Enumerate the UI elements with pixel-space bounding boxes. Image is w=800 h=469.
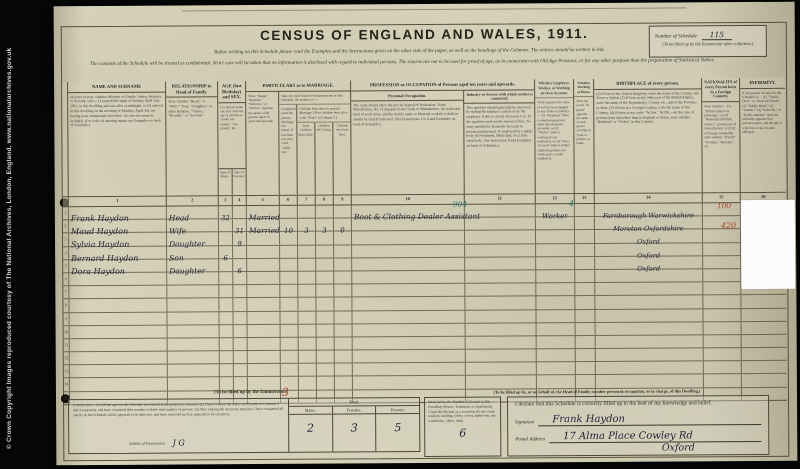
cell-children_died (334, 285, 352, 297)
cell-name (69, 312, 167, 325)
cell-age_f (234, 378, 248, 390)
cell-children_living (316, 232, 334, 244)
initials-label: Initials of Enumerator. (129, 441, 165, 446)
cell-age_f (234, 325, 248, 337)
cell-children_died (335, 377, 353, 389)
cell-name (70, 365, 168, 378)
cell-age_m (219, 298, 233, 310)
column-employment-title: Whether Employer, Worker, or Working on … (535, 79, 573, 99)
employment-code-annotation: 4 (569, 199, 574, 208)
cell-years_married (281, 324, 299, 336)
cell-infirmity (742, 335, 787, 347)
cell-age_f (233, 206, 247, 218)
cell-name (70, 325, 168, 338)
cell-children_living (316, 258, 334, 270)
cell-children_died (334, 258, 352, 270)
cell-at_home (576, 336, 596, 348)
cell-age_m (219, 259, 233, 271)
column-name-body: of every Person, whether Member of Famil… (68, 92, 165, 130)
cell-name (70, 338, 168, 351)
totals-females-label: Females. (333, 406, 377, 414)
cell-age_m: 32 (219, 206, 233, 218)
cell-name: Sylvia Haydon (69, 233, 167, 246)
cell-birthplace: Oxford (595, 243, 703, 256)
copyright-notice: © Crown Copyright Images reproduced cour… (6, 19, 18, 449)
cell-age_f (233, 285, 247, 297)
column-children-living: Children still Living. (315, 123, 333, 195)
cell-at_home (575, 296, 595, 308)
cell-name: Maud Haydon (69, 220, 167, 233)
cell-industry (466, 376, 537, 389)
cell-nationality (703, 229, 741, 241)
column-birthplace: BIRTHPLACE of every person. (1) If born … (594, 78, 703, 193)
cell-nationality (703, 269, 741, 281)
cell-at_home (575, 204, 595, 216)
cell-children_died (334, 271, 352, 283)
column-number: 11 (465, 194, 536, 203)
cell-children_died (335, 364, 353, 376)
cell-birthplace: Oxford (595, 256, 703, 269)
totals-values: 2 3 5 (289, 414, 419, 452)
cell-occupation (352, 218, 465, 231)
column-age-males: Ages of Males. (219, 169, 233, 195)
column-number: 4 (233, 196, 247, 205)
cell-industry (465, 231, 536, 244)
cell-children_living (316, 285, 334, 297)
cell-at_home (575, 230, 595, 242)
column-industry: Industry or Service with which worker is… (464, 90, 536, 194)
cell-age_m (220, 351, 234, 363)
cell-employment (536, 310, 575, 322)
column-employment-body: Write opposite the name of each person e… (535, 99, 573, 163)
cell-occupation (352, 310, 465, 323)
cell-occupation (352, 258, 465, 271)
cell-birthplace (595, 309, 703, 322)
cell-age_m (219, 272, 233, 284)
census-form-paper: CENSUS OF ENGLAND AND WALES, 1911. Befor… (54, 2, 798, 466)
column-marriage-years: Completed years the present Marriage has… (279, 105, 298, 195)
cell-children_living (316, 311, 334, 323)
cell-nationality (703, 295, 741, 307)
cell-birthplace (596, 322, 704, 335)
rooms-box: Write below the Number of Rooms in this … (424, 397, 501, 457)
cell-employment (537, 336, 576, 348)
column-at-home-title: Whether Working at Home. (574, 79, 593, 97)
cell-employment (536, 296, 575, 308)
column-at-home-body: Write the words "At Home" opposite the n… (574, 97, 593, 147)
column-number: 7 (298, 196, 316, 205)
cell-children_died (334, 245, 352, 257)
cell-relationship: Wife (167, 219, 219, 232)
cell-at_home (575, 270, 595, 282)
cell-name (70, 378, 168, 391)
cell-employment (536, 244, 575, 256)
column-age-females: Ages of Females. (232, 169, 246, 195)
column-age-title: AGE (last Birthday) and SEX. (218, 81, 245, 103)
cell-occupation (352, 231, 465, 244)
totals-males-label: Males. (289, 407, 333, 415)
cell-age_m: 6 (219, 246, 233, 258)
cell-age_f (234, 338, 248, 350)
cell-marriage (247, 232, 280, 244)
schedule-number-label: Number of Schedule (655, 33, 697, 39)
certification-text: I certify that:— (1) All the ages on thi… (73, 402, 284, 418)
cell-at_home (576, 323, 596, 335)
column-number: 3 (219, 196, 233, 205)
enumerator-box: I certify that:— (1) All the ages on thi… (68, 397, 420, 454)
cell-years_married (280, 285, 298, 297)
cell-age_m (219, 285, 233, 297)
cell-occupation: Boot & Clothing Dealer Assistant (352, 205, 465, 218)
cell-employment (537, 376, 576, 388)
cell-at_home (575, 244, 595, 256)
cell-age_f: 6 (233, 259, 247, 271)
cell-employment (536, 230, 575, 242)
cell-children_died (334, 298, 352, 310)
cell-age_f (233, 246, 247, 258)
cell-occupation (352, 271, 465, 284)
cell-industry (465, 218, 536, 231)
cell-occupation (352, 284, 465, 297)
cell-years_married (281, 338, 299, 350)
cell-employment (536, 283, 575, 295)
column-number: 14 (595, 193, 703, 203)
tally-mark-annotation: 3 (282, 386, 289, 399)
cell-years_married (280, 206, 298, 218)
column-nationality-title: NATIONALITY of every Person born in a Fo… (702, 78, 739, 102)
cell-occupation (353, 350, 466, 363)
column-infirmity-title: INFIRMITY. (740, 78, 785, 89)
cell-industry (466, 336, 537, 349)
cell-at_home (575, 217, 595, 229)
registrar-code-annotation-2: 420 (721, 221, 736, 230)
page-edge-line (182, 7, 687, 11)
cell-children_died (335, 351, 353, 363)
cell-children_died (334, 232, 352, 244)
column-industry-subtitle: Industry or Service with which worker is… (464, 90, 535, 103)
column-marriage-single: Write "Single," "Married," "Widower," or… (246, 91, 280, 195)
cell-children_born (299, 324, 317, 336)
cell-occupation (352, 297, 465, 310)
cell-relationship (168, 378, 220, 391)
cell-nationality (704, 322, 742, 334)
column-relationship-title: RELATIONSHIP to Head of Family. (166, 81, 217, 97)
rooms-value: 6 (428, 427, 497, 442)
column-relationship: RELATIONSHIP to Head of Family. State wh… (166, 81, 219, 195)
totals-females-value: 3 (351, 421, 358, 434)
cell-children_died (334, 205, 352, 217)
cell-children_died (334, 311, 352, 323)
cell-industry (465, 204, 536, 217)
cell-industry (465, 283, 536, 296)
address-value-line2: Oxford (555, 442, 800, 455)
cell-name (70, 352, 168, 365)
schedule-number-box: Number of Schedule 115 (To be filled up … (649, 25, 767, 58)
cell-occupation (353, 323, 466, 336)
cell-birthplace (595, 282, 703, 295)
cell-children_living (317, 337, 335, 349)
column-number: 8 (316, 196, 334, 205)
cell-age_f (233, 272, 247, 284)
column-marriage-children-note: Children born alive to present Marriage.… (297, 105, 351, 124)
signature-label: Signature (515, 421, 534, 426)
cell-relationship (168, 338, 220, 351)
cell-children_born (298, 258, 316, 270)
rooms-instruction: Write below the Number of Rooms in this … (428, 400, 497, 424)
cell-marriage (248, 377, 281, 389)
signature-row: Signature Frank Haydon (515, 412, 761, 426)
cell-birthplace (596, 375, 704, 388)
cell-children_living (316, 298, 334, 310)
cell-age_m (219, 233, 233, 245)
cell-nationality (703, 282, 741, 294)
cell-name (69, 299, 167, 312)
cell-years_married (280, 259, 298, 271)
cell-industry (465, 310, 536, 323)
column-name: NAME AND SURNAME of every Person, whethe… (68, 82, 167, 197)
totals-males-value: 2 (307, 422, 314, 435)
cell-industry (466, 363, 537, 376)
column-group-age: AGE (last Birthday) and SEX. For Infants… (218, 81, 247, 195)
column-name-title: NAME AND SURNAME (68, 82, 165, 93)
cell-industry (466, 349, 537, 362)
cell-age_f (234, 364, 248, 376)
cell-years_married (280, 272, 298, 284)
cell-nationality (704, 361, 742, 373)
cell-marriage: Married (247, 219, 280, 231)
cell-industry (465, 297, 536, 310)
cell-marriage: Married (247, 206, 280, 218)
cell-relationship: Daughter (167, 259, 219, 272)
column-number: 1 (69, 197, 167, 207)
cell-children_living (317, 377, 335, 389)
cell-name (69, 286, 167, 299)
cell-occupation (353, 363, 466, 376)
cell-industry (465, 244, 536, 257)
cell-occupation (353, 337, 466, 350)
cell-nationality (704, 375, 742, 387)
cell-name: Bernard Haydon (69, 246, 167, 259)
census-table: NAME AND SURNAME of every Person, whethe… (62, 78, 787, 405)
cell-industry (465, 257, 536, 270)
cell-relationship: Head (167, 206, 219, 219)
cell-children_born (298, 245, 316, 257)
cell-marriage (247, 285, 280, 297)
cell-age_f: 9 (233, 232, 247, 244)
cell-infirmity (742, 374, 787, 386)
column-number: 5 (247, 196, 280, 205)
cell-occupation (352, 244, 465, 257)
cell-children_living (317, 351, 335, 363)
column-number: 2 (167, 196, 219, 205)
column-children-died: Children who have Died. (333, 123, 351, 195)
cell-infirmity (742, 348, 787, 360)
cell-name (69, 273, 167, 286)
cell-children_born (298, 298, 316, 310)
cell-employment (536, 257, 575, 269)
occupation-code-annotation: 904 (453, 200, 467, 209)
cell-relationship (168, 325, 220, 338)
cell-children_born (299, 364, 317, 376)
cell-employment (537, 362, 576, 374)
column-group-profession: PROFESSION or OCCUPATION of Persons aged… (351, 79, 536, 194)
cell-children_born (298, 311, 316, 323)
cell-nationality (704, 335, 742, 347)
cell-children_born: 3 (298, 219, 316, 231)
cell-age_m (219, 219, 233, 231)
column-number: 6 (280, 196, 298, 205)
cell-years_married (281, 351, 299, 363)
address-row: Postal Address 17 Alma Place Cowley Rd (515, 429, 761, 443)
cell-children_born (298, 285, 316, 297)
cell-nationality (704, 348, 742, 360)
cell-at_home (575, 257, 595, 269)
column-at-home: Whether Working at Home. Write the words… (574, 79, 595, 193)
cell-marriage (248, 338, 281, 350)
column-number: 9 (334, 195, 352, 204)
cell-birthplace (596, 348, 704, 361)
cell-children_born (298, 206, 316, 218)
cell-marriage (247, 245, 280, 257)
column-marriage-note: State, for each Married Woman entered on… (279, 91, 351, 105)
cell-children_living (316, 271, 334, 283)
cell-age_m (220, 364, 234, 376)
declaration-text: I declare that this Schedule is correctl… (515, 400, 761, 409)
cell-nationality (703, 243, 741, 255)
schedule-number-value: 115 (702, 30, 732, 40)
cell-children_living (316, 206, 334, 218)
cell-name: Dora Haydon (69, 259, 167, 272)
column-nationality-body: State whether— (1) "British subject by p… (702, 102, 739, 150)
column-occupation-subtitle: Personal Occupation. (351, 90, 463, 101)
cell-birthplace: Farnborough Warwickshire (595, 203, 703, 216)
cell-occupation (353, 376, 466, 389)
column-marriage-title: PARTICULARS as to MARRIAGE. (246, 80, 350, 91)
cell-nationality (703, 309, 741, 321)
cell-birthplace: Oxford (595, 230, 703, 243)
signature-value: Frank Haydon (538, 413, 761, 426)
cell-relationship (168, 365, 220, 378)
cell-age_f (233, 298, 247, 310)
column-infirmity: INFIRMITY. If any person included in thi… (740, 78, 786, 192)
cell-age_f (234, 351, 248, 363)
column-birthplace-title: BIRTHPLACE of every person. (594, 78, 701, 89)
cell-years_married: 10 (280, 219, 298, 231)
column-children-born: Total Children Born Alive. (297, 123, 315, 195)
cell-at_home (576, 362, 596, 374)
column-age-subheaders: Ages of Males. Ages of Females. (219, 168, 246, 195)
cell-children_living (316, 245, 334, 257)
cell-marriage (248, 364, 281, 376)
cell-age_m (220, 325, 234, 337)
cell-age_f (233, 312, 247, 324)
cell-children_born (299, 351, 317, 363)
cell-infirmity (741, 295, 786, 307)
cell-at_home (575, 309, 595, 321)
cell-children_born (299, 377, 317, 389)
cell-age_f: 31 (233, 219, 247, 231)
initials-value: J G (173, 439, 185, 450)
cell-children_living (317, 364, 335, 376)
cell-relationship: Son (167, 246, 219, 259)
cell-birthplace: Moreton Oxfordshire (595, 216, 703, 229)
schedule-number-note: (To be filled up by the Enumerator after… (655, 41, 761, 47)
cell-years_married (280, 298, 298, 310)
cell-marriage (247, 272, 280, 284)
cell-industry (465, 270, 536, 283)
cell-age_m (220, 378, 234, 390)
cell-birthplace (595, 296, 703, 309)
column-occupation: Personal Occupation. The reply should sh… (351, 90, 465, 194)
cell-marriage (247, 298, 280, 310)
cell-birthplace (596, 362, 704, 375)
cell-employment (536, 270, 575, 282)
totals-persons-value: 5 (394, 421, 401, 434)
cell-relationship (168, 351, 220, 364)
cell-employment (536, 217, 575, 229)
cell-children_living: 3 (316, 219, 334, 231)
cell-at_home (576, 349, 596, 361)
cell-years_married (280, 245, 298, 257)
cell-children_born (298, 272, 316, 284)
table-header: NAME AND SURNAME of every Person, whethe… (62, 78, 786, 197)
column-industry-body: This question should generally be answer… (464, 103, 535, 151)
redaction-box (741, 200, 796, 289)
column-number: 10 (352, 195, 465, 205)
column-number: 13 (575, 194, 595, 203)
cell-infirmity (742, 321, 787, 333)
cell-children_died (335, 337, 353, 349)
cell-relationship (167, 312, 219, 325)
cell-at_home (576, 375, 596, 387)
column-age-body: For Infants under one year state the age… (218, 103, 245, 133)
cell-relationship (167, 285, 219, 298)
column-infirmity-body: If any person included in this Schedule … (740, 88, 785, 136)
cell-age_m (219, 312, 233, 324)
column-employment: Whether Employer, Worker, or Working on … (535, 79, 575, 193)
cell-children_died (335, 324, 353, 336)
cell-years_married (281, 364, 299, 376)
column-occupation-body: The reply should show the precise branch… (351, 100, 463, 129)
cell-marriage (247, 311, 280, 323)
cell-marriage (248, 325, 281, 337)
cell-relationship (167, 272, 219, 285)
table-rows: 1Frank HaydonHead32MarriedBoot & Clothin… (63, 203, 787, 405)
column-relationship-body: State whether "Head," or "Wife," "Son," … (166, 97, 217, 121)
cell-employment (537, 349, 576, 361)
initials-row: Initials of Enumerator. J G (129, 438, 183, 449)
cell-industry (466, 323, 537, 336)
cell-employment (537, 323, 576, 335)
enumerator-certification: I certify that:— (1) All the ages on thi… (69, 399, 288, 453)
cell-nationality (703, 256, 741, 268)
column-nationality: NATIONALITY of every Person born in a Fo… (702, 78, 741, 192)
cell-age_m (220, 338, 234, 350)
column-birthplace-body: (1) If born in the United Kingdom, write… (594, 89, 701, 127)
cell-marriage (248, 351, 281, 363)
cell-relationship: Daughter (167, 233, 219, 246)
totals-table: Total. Males. Females. Persons. 2 3 5 (288, 398, 419, 452)
cell-infirmity (741, 308, 786, 320)
cell-marriage (247, 259, 280, 271)
cell-birthplace (595, 269, 703, 282)
cell-years_married (280, 311, 298, 323)
cell-birthplace (596, 335, 704, 348)
totals-persons-label: Persons. (376, 406, 419, 414)
column-group-marriage: PARTICULARS as to MARRIAGE. Write "Singl… (246, 80, 352, 195)
declaration-box: I declare that this Schedule is correctl… (507, 395, 769, 457)
cell-years_married (280, 232, 298, 244)
